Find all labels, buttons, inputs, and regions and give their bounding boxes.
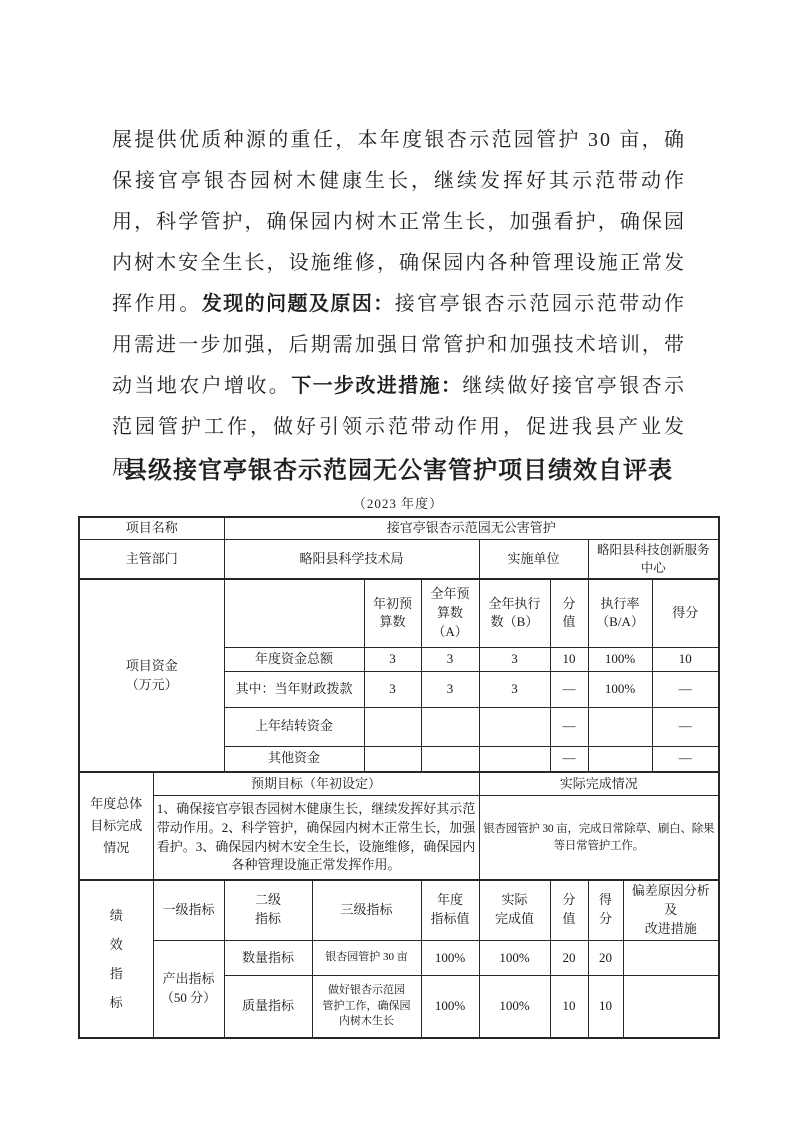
annual-goal-label-text: 年度总体目标完成情况 bbox=[89, 793, 143, 859]
cell-fund-value: — bbox=[550, 707, 588, 746]
cell-fund-row-label: 其中：当年财政拨款 bbox=[224, 671, 364, 707]
perf-indicator-label-text: 绩效指标 bbox=[109, 901, 123, 1017]
cell-funds-label: 项目资金 （万元） bbox=[79, 579, 224, 772]
body-paragraph: 展提供优质种源的重任，本年度银杏示范园管护 30 亩，确保接官亭银杏园树木健康生… bbox=[112, 120, 686, 489]
cell-header-weight: 分 值 bbox=[550, 579, 588, 647]
cell-header-expected-goal: 预期目标（年初设定） bbox=[153, 772, 479, 796]
cell-expected-goal-text: 1、确保接官亭银杏园树木健康生长，继续发挥好其示范带动作用。2、科学管护，确保园… bbox=[153, 796, 479, 880]
cell-fund-value: 3 bbox=[421, 671, 479, 707]
cell-fund-value: 3 bbox=[479, 671, 550, 707]
problems-and-causes-heading: 发现的问题及原因： bbox=[202, 293, 395, 315]
cell-fund-value: 100% bbox=[588, 647, 652, 671]
cell-header-perf-score: 得 分 bbox=[588, 880, 623, 940]
cell-header-score: 得分 bbox=[652, 579, 719, 647]
cell-fund-value: — bbox=[550, 671, 588, 707]
cell-header-level2: 二级 指标 bbox=[224, 880, 312, 940]
cell-fund-value: 100% bbox=[588, 671, 652, 707]
cell-header-perf-weight: 分 值 bbox=[550, 880, 588, 940]
cell-header-budget-year: 全年预 算数 （A） bbox=[421, 579, 479, 647]
cell-annual-goal-label: 年度总体目标完成情况 bbox=[79, 772, 153, 880]
cell-fund-value bbox=[479, 707, 550, 746]
self-evaluation-table: 项目名称 接官亭银杏示范园无公害管护 主管部门 略阳县科学技术局 实施单位 略阳… bbox=[78, 516, 720, 1039]
cell-fund-value bbox=[421, 746, 479, 772]
cell-header-annual-target: 年度 指标值 bbox=[421, 880, 479, 940]
cell-impl-unit-value: 略阳县科技创新服务中心 bbox=[588, 539, 719, 579]
cell-weight-quality: 10 bbox=[550, 976, 588, 1038]
cell-target-quantity: 100% bbox=[421, 940, 479, 976]
cell-header-budget-start: 年初预 算数 bbox=[364, 579, 421, 647]
cell-fund-value: 3 bbox=[364, 671, 421, 707]
cell-header-deviation: 偏差原因分析及 改进措施 bbox=[623, 880, 719, 940]
cell-fund-value: 3 bbox=[421, 647, 479, 671]
cell-fund-value: 10 bbox=[550, 647, 588, 671]
cell-score-quantity: 20 bbox=[588, 940, 623, 976]
cell-header-actual-completion: 实际完成情况 bbox=[479, 772, 719, 796]
cell-score-quality: 10 bbox=[588, 976, 623, 1038]
form-title: 县级接官亭银杏示范园无公害管护项目绩效自评表 bbox=[78, 450, 718, 485]
cell-level3-quantity: 银杏园管护 30 亩 bbox=[312, 940, 421, 976]
cell-fund-value: — bbox=[652, 746, 719, 772]
cell-deviation-quality bbox=[623, 976, 719, 1038]
cell-header-level3: 三级指标 bbox=[312, 880, 421, 940]
cell-fund-value bbox=[364, 746, 421, 772]
cell-deviation-quantity bbox=[623, 940, 719, 976]
cell-dept-value: 略阳县科学技术局 bbox=[224, 539, 479, 579]
form-year: （2023 年度） bbox=[78, 493, 718, 512]
cell-fund-value bbox=[588, 746, 652, 772]
cell-perf-indicator-label: 绩效指标 bbox=[79, 880, 153, 1038]
cell-weight-quantity: 20 bbox=[550, 940, 588, 976]
cell-fund-value bbox=[588, 707, 652, 746]
cell-fund-row-label: 年度资金总额 bbox=[224, 647, 364, 671]
cell-fund-value: — bbox=[652, 671, 719, 707]
cell-project-name-label: 项目名称 bbox=[79, 517, 224, 539]
cell-fund-value: — bbox=[550, 746, 588, 772]
cell-fund-value: — bbox=[652, 707, 719, 746]
cell-fund-value bbox=[421, 707, 479, 746]
cell-fund-value: 10 bbox=[652, 647, 719, 671]
cell-target-quality: 100% bbox=[421, 976, 479, 1038]
cell-level1-value: 产出指标 （50 分） bbox=[153, 940, 224, 1038]
cell-level2-quality: 质量指标 bbox=[224, 976, 312, 1038]
cell-header-exec-rate: 执行率 （B/A） bbox=[588, 579, 652, 647]
cell-project-name-value: 接官亭银杏示范园无公害管护 bbox=[224, 517, 719, 539]
cell-funds-blank-header bbox=[224, 579, 364, 647]
cell-actual-quantity: 100% bbox=[479, 940, 550, 976]
cell-fund-value: 3 bbox=[479, 647, 550, 671]
cell-actual-completion-text: 银杏园管护 30 亩，完成日常除草、刷白、除果等日常管护工作。 bbox=[479, 796, 719, 880]
cell-level3-quality: 做好银杏示范园 管护工作，确保园 内树木生长 bbox=[312, 976, 421, 1038]
cell-actual-quality: 100% bbox=[479, 976, 550, 1038]
cell-dept-label: 主管部门 bbox=[79, 539, 224, 579]
document-page: 展提供优质种源的重任，本年度银杏示范园管护 30 亩，确保接官亭银杏园树木健康生… bbox=[0, 0, 793, 1122]
paragraph-seg-1: 展提供优质种源的重任，本年度银杏示范园管护 30 亩，确保接官亭银杏园树木健康生… bbox=[112, 129, 686, 315]
cell-level2-quantity: 数量指标 bbox=[224, 940, 312, 976]
cell-header-actual-value: 实际 完成值 bbox=[479, 880, 550, 940]
cell-header-level1: 一级指标 bbox=[153, 880, 224, 940]
cell-fund-value bbox=[479, 746, 550, 772]
cell-impl-unit-label: 实施单位 bbox=[479, 539, 588, 579]
cell-header-executed: 全年执行 数（B） bbox=[479, 579, 550, 647]
next-step-measures-heading: 下一步改进措施： bbox=[291, 375, 462, 397]
cell-fund-row-label: 上年结转资金 bbox=[224, 707, 364, 746]
cell-fund-row-label: 其他资金 bbox=[224, 746, 364, 772]
cell-fund-value: 3 bbox=[364, 647, 421, 671]
cell-fund-value bbox=[364, 707, 421, 746]
